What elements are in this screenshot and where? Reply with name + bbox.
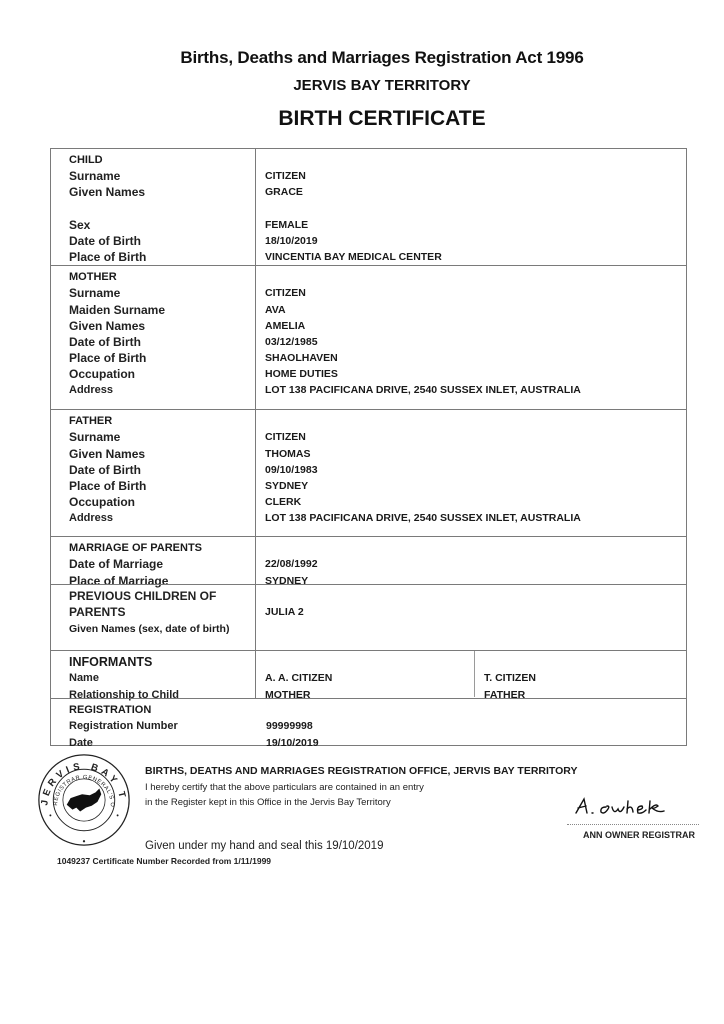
section-previous-children: PREVIOUS CHILDREN OF PARENTS Given Names… bbox=[51, 584, 686, 650]
registration-date: 19/10/2019 bbox=[266, 735, 686, 751]
field-label: Date of Birth bbox=[69, 334, 255, 350]
child-given-names: GRACE bbox=[265, 184, 686, 200]
section-registration: REGISTRATION Registration Number Date 99… bbox=[51, 698, 686, 745]
document-title: BIRTH CERTIFICATE bbox=[0, 107, 724, 131]
field-label: Occupation bbox=[69, 366, 255, 382]
previous-children-heading-1: PREVIOUS CHILDREN OF bbox=[69, 588, 255, 604]
field-label: Date bbox=[69, 735, 256, 751]
given-under-seal: Given under my hand and seal this 19/10/… bbox=[145, 840, 383, 852]
field-label: Place of Birth bbox=[69, 478, 255, 494]
field-label: Place of Birth bbox=[69, 249, 255, 265]
mother-maiden-surname: AVA bbox=[265, 302, 686, 318]
father-given-names: THOMAS bbox=[265, 446, 686, 462]
field-label: Date of Birth bbox=[69, 233, 255, 249]
field-label: Date of Marriage bbox=[69, 556, 255, 572]
section-child: CHILD Surname Given Names Sex Date of Bi… bbox=[51, 149, 686, 265]
act-title: Births, Deaths and Marriages Registratio… bbox=[0, 48, 724, 68]
child-place-of-birth: VINCENTIA BAY MEDICAL CENTER bbox=[265, 249, 686, 265]
field-label: Name bbox=[69, 670, 255, 686]
registration-office: BIRTHS, DEATHS AND MARRIAGES REGISTRATIO… bbox=[145, 765, 578, 777]
field-label: Surname bbox=[69, 285, 255, 301]
mother-date-of-birth: 03/12/1985 bbox=[265, 334, 686, 350]
child-surname: CITIZEN bbox=[265, 168, 686, 184]
field-label: Date of Birth bbox=[69, 462, 255, 478]
informant-2-name: T. CITIZEN bbox=[484, 670, 686, 686]
informants-heading: INFORMANTS bbox=[69, 654, 255, 670]
field-label: Surname bbox=[69, 168, 255, 184]
section-father: FATHER Surname Given Names Date of Birth… bbox=[51, 409, 686, 536]
child-date-of-birth: 18/10/2019 bbox=[265, 233, 686, 249]
field-label: Registration Number bbox=[69, 718, 256, 734]
field-label: Given Names bbox=[69, 446, 255, 462]
field-label: Occupation bbox=[69, 494, 255, 510]
field-label: Address bbox=[69, 382, 255, 398]
field-label: Address bbox=[69, 510, 255, 526]
registration-number: 99999998 bbox=[266, 718, 686, 734]
mother-occupation: HOME DUTIES bbox=[265, 366, 686, 382]
registrar-name: ANN OWNER REGISTRAR bbox=[583, 830, 695, 840]
mother-surname: CITIZEN bbox=[265, 285, 686, 301]
territory-title: JERVIS BAY TERRITORY bbox=[0, 77, 724, 94]
mother-address: LOT 138 PACIFICANA DRIVE, 2540 SUSSEX IN… bbox=[265, 382, 686, 398]
signature-line bbox=[567, 824, 699, 825]
registrar-seal-icon: JERVIS BAY TERRITORY REGISTRAR GENERAL'S… bbox=[36, 752, 132, 848]
section-informants: INFORMANTS Name Relationship to Child A.… bbox=[51, 650, 686, 698]
child-heading: CHILD bbox=[69, 152, 255, 168]
marriage-date: 22/08/1992 bbox=[265, 556, 686, 572]
certificate-table: CHILD Surname Given Names Sex Date of Bi… bbox=[50, 148, 687, 746]
field-label: Place of Birth bbox=[69, 350, 255, 366]
field-label: Surname bbox=[69, 429, 255, 445]
field-label: Sex bbox=[69, 217, 255, 233]
section-marriage: MARRIAGE OF PARENTS Date of Marriage Pla… bbox=[51, 536, 686, 584]
registration-heading: REGISTRATION bbox=[69, 702, 256, 718]
marriage-heading: MARRIAGE OF PARENTS bbox=[69, 540, 255, 556]
field-label: Given Names bbox=[69, 184, 255, 200]
father-address: LOT 138 PACIFICANA DRIVE, 2540 SUSSEX IN… bbox=[265, 510, 686, 526]
father-occupation: CLERK bbox=[265, 494, 686, 510]
field-label: Given Names bbox=[69, 318, 255, 334]
previous-children-heading-2: PARENTS bbox=[69, 604, 255, 620]
certification-line-1: I hereby certify that the above particul… bbox=[145, 782, 424, 793]
certificate-number: 1049237 Certificate Number Recorded from… bbox=[57, 856, 271, 866]
child-sex: FEMALE bbox=[265, 217, 686, 233]
mother-heading: MOTHER bbox=[69, 269, 255, 285]
informant-1-name: A. A. CITIZEN bbox=[265, 670, 474, 686]
previous-children-value: JULIA 2 bbox=[265, 604, 686, 620]
signature-icon bbox=[570, 793, 700, 819]
father-heading: FATHER bbox=[69, 413, 255, 429]
father-date-of-birth: 09/10/1983 bbox=[265, 462, 686, 478]
section-mother: MOTHER Surname Maiden Surname Given Name… bbox=[51, 265, 686, 409]
father-place-of-birth: SYDNEY bbox=[265, 478, 686, 494]
previous-children-sublabel: Given Names (sex, date of birth) bbox=[69, 621, 255, 637]
certification-line-2: in the Register kept in this Office in t… bbox=[145, 797, 391, 808]
mother-given-names: AMELIA bbox=[265, 318, 686, 334]
mother-place-of-birth: SHAOLHAVEN bbox=[265, 350, 686, 366]
father-surname: CITIZEN bbox=[265, 429, 686, 445]
field-label: Maiden Surname bbox=[69, 302, 255, 318]
